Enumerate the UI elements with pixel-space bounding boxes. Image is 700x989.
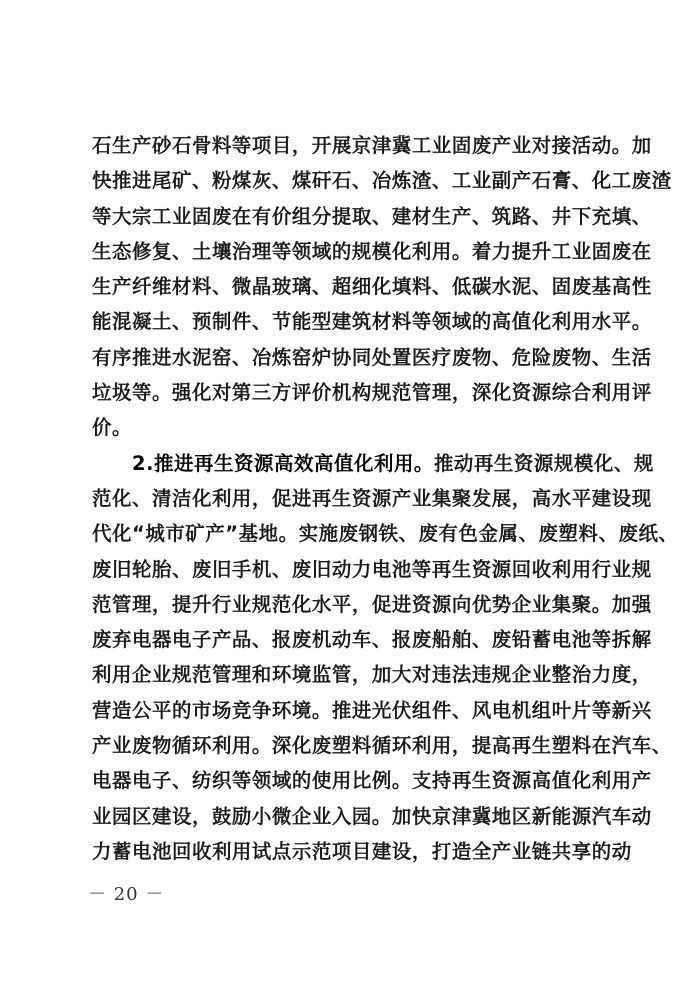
text-line: 范化、清洁化利用，促进再生资源产业集聚发展，高水平建设现 xyxy=(92,481,622,516)
page-number: － 20 － xyxy=(88,880,164,906)
text-line: 垃圾等。强化对第三方评价机构规范管理，深化资源综合利用评 xyxy=(92,375,622,410)
text-line: 营造公平的市场竞争环境。推进光伏组件、风电机组叶片等新兴 xyxy=(92,693,622,728)
text-line: 产业废物循环利用。深化废塑料循环利用，提高再生塑料在汽车、 xyxy=(92,728,622,763)
text-line: 石生产砂石骨料等项目，开展京津冀工业固废产业对接活动。加 xyxy=(92,128,622,163)
text-line: 生产纤维材料、微晶玻璃、超细化填料、低碳水泥、固废基高性 xyxy=(92,269,622,304)
text-line: 废旧轮胎、废旧手机、废旧动力电池等再生资源回收利用行业规 xyxy=(92,552,622,587)
text-line: 快推进尾矿、粉煤灰、煤矸石、冶炼渣、工业副产石膏、化工废渣 xyxy=(92,163,622,198)
text-line-first: 2.推进再生资源高效高值化利用。推动再生资源规模化、规 xyxy=(92,446,622,481)
text-line: 能混凝土、预制件、节能型建筑材料等领域的高值化利用水平。 xyxy=(92,304,622,339)
document-page: 石生产砂石骨料等项目，开展京津冀工业固废产业对接活动。加 快推进尾矿、粉煤灰、煤… xyxy=(0,0,700,989)
text-line: 业园区建设，鼓励小微企业入园。加快京津冀地区新能源汽车动 xyxy=(92,799,622,834)
text-line: 力蓄电池回收利用试点示范项目建设，打造全产业链共享的动 xyxy=(92,834,622,869)
text-line: 废弃电器电子产品、报废机动车、报废船舶、废铅蓄电池等拆解 xyxy=(92,622,622,657)
text-line: 生态修复、土壤治理等领域的规模化利用。着力提升工业固废在 xyxy=(92,234,622,269)
text-line: 等大宗工业固废在有价组分提取、建材生产、筑路、井下充填、 xyxy=(92,199,622,234)
text-line: 代化“城市矿产”基地。实施废钢铁、废有色金属、废塑料、废纸、 xyxy=(92,516,622,551)
body-text: 石生产砂石骨料等项目，开展京津冀工业固废产业对接活动。加 快推进尾矿、粉煤灰、煤… xyxy=(92,128,622,869)
text-line: 利用企业规范管理和环境监管，加大对违法违规企业整治力度， xyxy=(92,657,622,692)
text-line: 范管理，提升行业规范化水平，促进资源向优势企业集聚。加强 xyxy=(92,587,622,622)
paragraph-resource-utilization-continued: 石生产砂石骨料等项目，开展京津冀工业固废产业对接活动。加 快推进尾矿、粉煤灰、煤… xyxy=(92,128,622,446)
section-heading: 2.推进再生资源高效高值化利用。 xyxy=(132,452,434,475)
text-line: 价。 xyxy=(92,410,622,445)
paragraph-renewable-resources: 2.推进再生资源高效高值化利用。推动再生资源规模化、规 范化、清洁化利用，促进再… xyxy=(92,446,622,870)
text-run: 推动再生资源规模化、规 xyxy=(434,452,654,475)
text-line: 电器电子、纺织等领域的使用比例。支持再生资源高值化利用产 xyxy=(92,763,622,798)
text-line: 有序推进水泥窑、冶炼窑炉协同处置医疗废物、危险废物、生活 xyxy=(92,340,622,375)
